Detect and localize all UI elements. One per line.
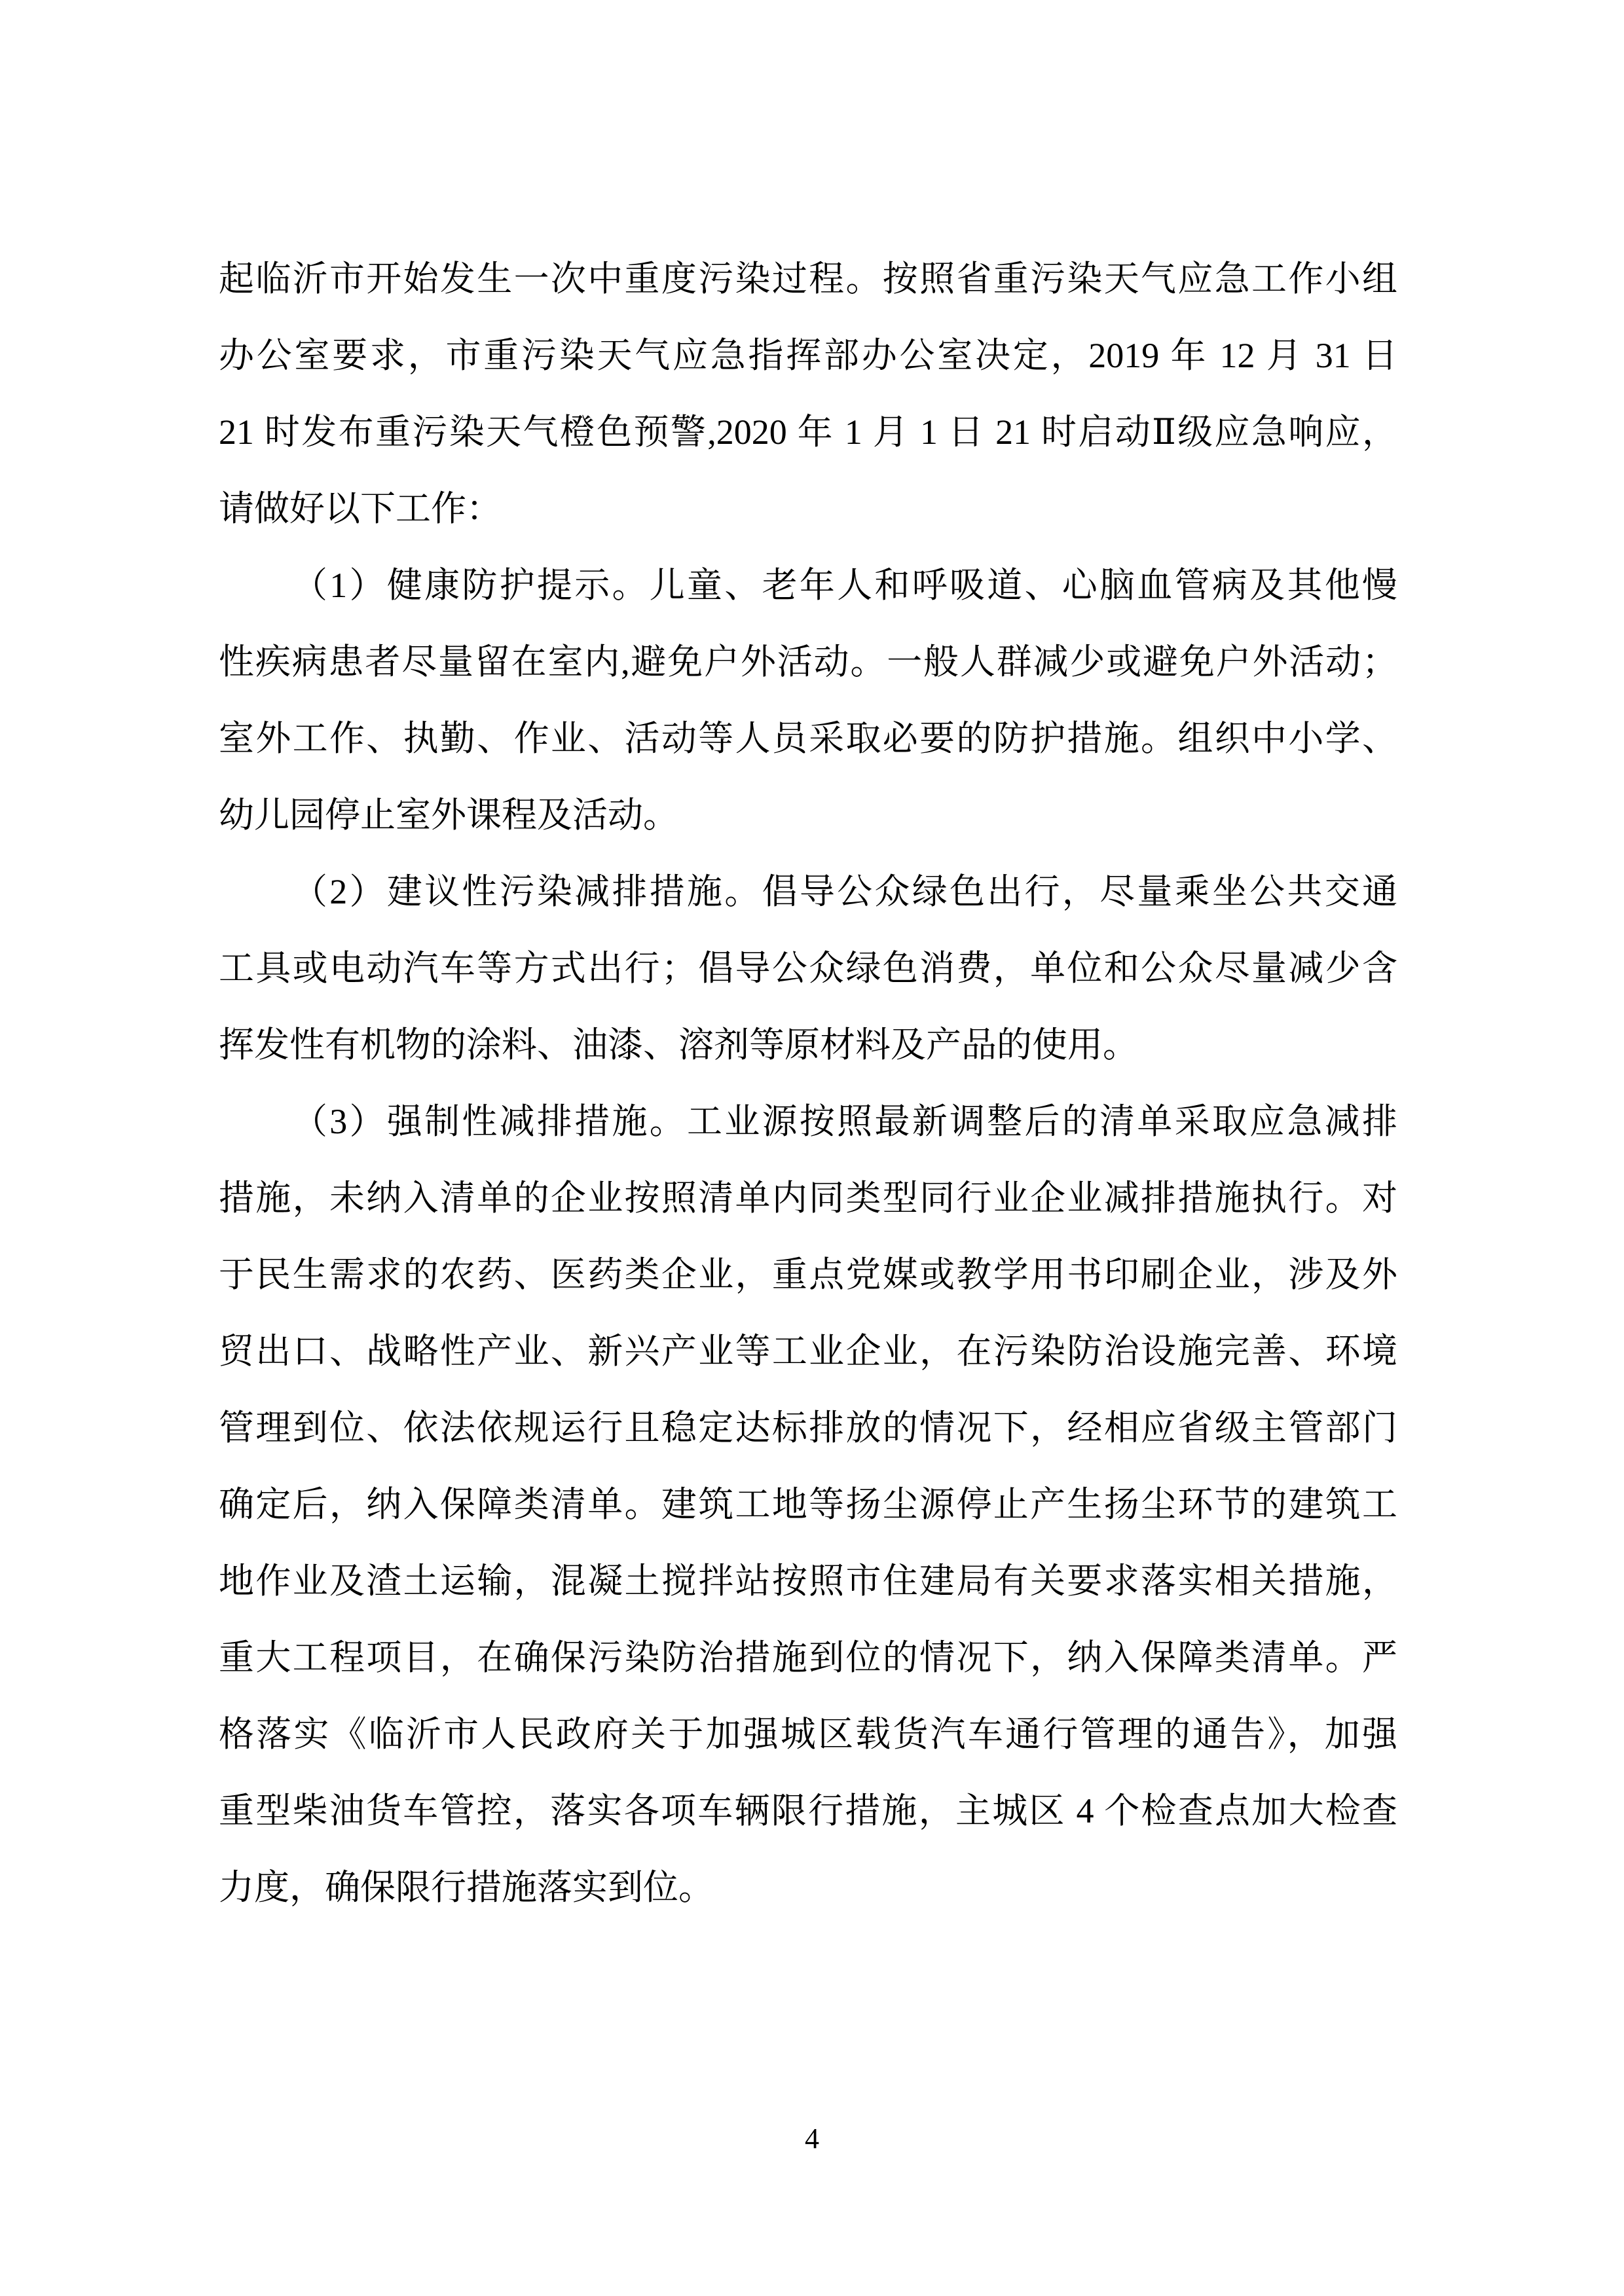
text-line: 于民生需求的农药、医药类企业，重点党媒或教学用书印刷企业，涉及外 <box>219 1237 1397 1313</box>
text-line: 管理到位、依法依规运行且稳定达标排放的情况下，经相应省级主管部门 <box>219 1390 1397 1467</box>
text-line: 办公室要求，市重污染天气应急指挥部办公室决定，2019 年 12 月 31 日 <box>219 318 1397 394</box>
text-line: 贸出口、战略性产业、新兴产业等工业企业，在污染防治设施完善、环境 <box>219 1313 1397 1390</box>
text-line: （2）建议性污染减排措施。倡导公众绿色出行，尽量乘坐公共交通 <box>219 854 1397 930</box>
text-line: 确定后，纳入保障类清单。建筑工地等扬尘源停止产生扬尘环节的建筑工 <box>219 1467 1397 1543</box>
text-line: 力度，确保限行措施落实到位。 <box>219 1850 1397 1926</box>
text-line: 地作业及渣土运输，混凝土搅拌站按照市住建局有关要求落实相关措施， <box>219 1543 1397 1620</box>
document-page: 起临沂市开始发生一次中重度污染过程。按照省重污染天气应急工作小组办公室要求，市重… <box>0 0 1624 2296</box>
text-line: 工具或电动汽车等方式出行；倡导公众绿色消费，单位和公众尽量减少含 <box>219 930 1397 1007</box>
page-number: 4 <box>0 2120 1624 2158</box>
text-line: 21 时发布重污染天气橙色预警,2020 年 1 月 1 日 21 时启动Ⅱ级应… <box>219 394 1397 471</box>
text-line: 措施，未纳入清单的企业按照清单内同类型同行业企业减排措施执行。对 <box>219 1160 1397 1237</box>
text-line: 请做好以下工作： <box>219 471 1397 547</box>
text-line: 室外工作、执勤、作业、活动等人员采取必要的防护措施。组织中小学、 <box>219 701 1397 777</box>
text-line: 格落实《临沂市人民政府关于加强城区载货汽车通行管理的通告》，加强 <box>219 1696 1397 1773</box>
text-line: 重型柴油货车管控，落实各项车辆限行措施，主城区 4 个检查点加大检查 <box>219 1773 1397 1850</box>
text-line: （3）强制性减排措施。工业源按照最新调整后的清单采取应急减排 <box>219 1084 1397 1160</box>
text-line: 幼儿园停止室外课程及活动。 <box>219 777 1397 854</box>
text-line: （1）健康防护提示。儿童、老年人和呼吸道、心脑血管病及其他慢 <box>219 547 1397 624</box>
text-line: 起临沂市开始发生一次中重度污染过程。按照省重污染天气应急工作小组 <box>219 241 1397 318</box>
text-line: 挥发性有机物的涂料、油漆、溶剂等原材料及产品的使用。 <box>219 1007 1397 1084</box>
text-line: 重大工程项目，在确保污染防治措施到位的情况下，纳入保障类清单。严 <box>219 1620 1397 1696</box>
document-body: 起临沂市开始发生一次中重度污染过程。按照省重污染天气应急工作小组办公室要求，市重… <box>219 241 1397 1926</box>
text-line: 性疾病患者尽量留在室内,避免户外活动。一般人群减少或避免户外活动； <box>219 624 1397 701</box>
